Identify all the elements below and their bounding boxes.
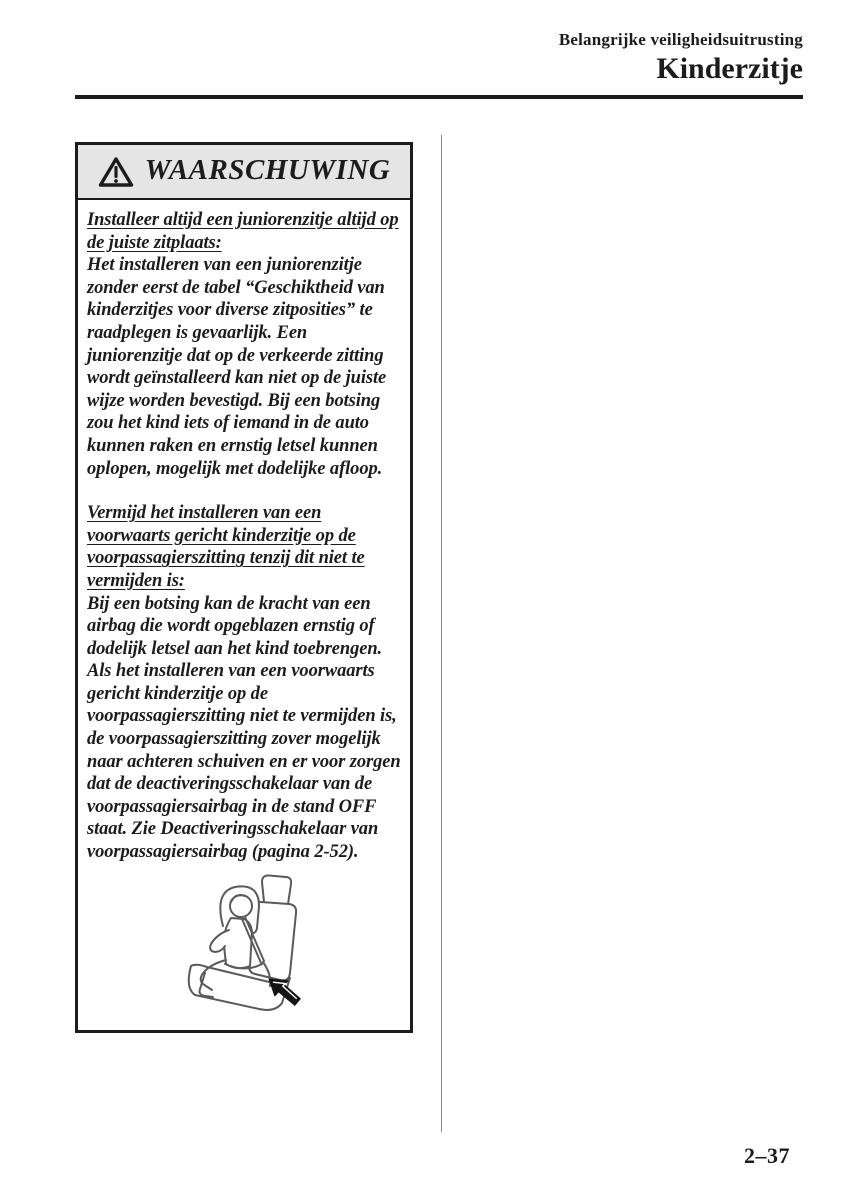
warning-box: WAARSCHUWING Installeer altijd een junio…: [75, 142, 413, 1033]
warning-triangle-icon: [98, 156, 134, 188]
warning-header: WAARSCHUWING: [78, 145, 410, 200]
warning-section-text: Het installeren van een juniorenzitje zo…: [87, 255, 386, 478]
warning-section-heading: Vermijd het installeren van een voorwaar…: [87, 503, 365, 591]
header-rule: [75, 95, 803, 99]
warning-section-front-passenger: Vermijd het installeren van een voorwaar…: [87, 502, 402, 864]
warning-title: WAARSCHUWING: [145, 154, 391, 187]
warning-section-correct-seat: Installeer altijd een juniorenzitje alti…: [87, 209, 402, 480]
chapter-title: Belangrijke veiligheidsuitrusting: [559, 30, 803, 50]
page-number: 2–37: [744, 1143, 790, 1169]
warning-section-text: Bij een botsing kan de kracht van een ai…: [87, 594, 401, 863]
booster-seat-illustration: [87, 872, 402, 1012]
page-title: Kinderzitje: [559, 52, 803, 86]
manual-page: Belangrijke veiligheidsuitrusting Kinder…: [0, 0, 845, 1200]
page-header: Belangrijke veiligheidsuitrusting Kinder…: [559, 30, 803, 86]
column-divider: [441, 135, 442, 1132]
warning-body: Installeer altijd een juniorenzitje alti…: [78, 200, 410, 1012]
warning-section-heading: Installeer altijd een juniorenzitje alti…: [87, 210, 399, 253]
